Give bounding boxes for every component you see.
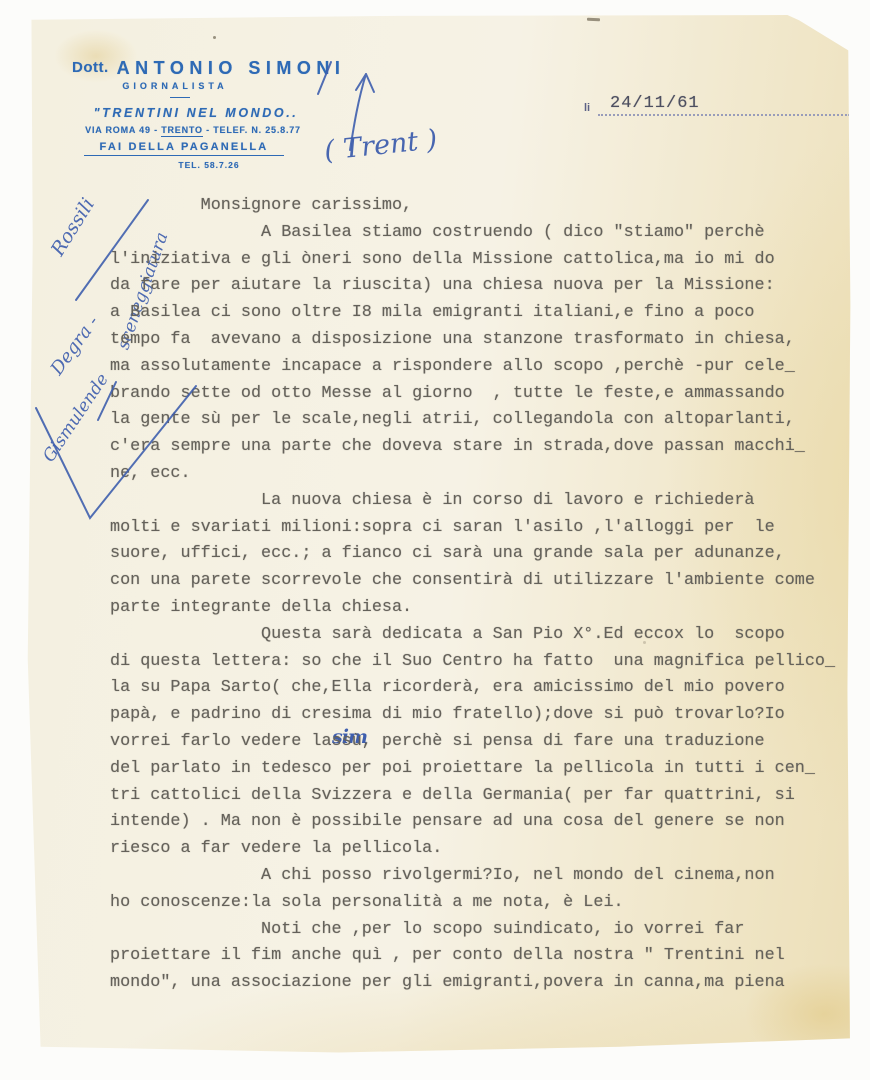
typed-line: di questa lettera: so che il Suo Centro … [110, 649, 850, 676]
letterhead-address: VIA ROMA 49 - TRENTO - TELEF. N. 25.8.77 [68, 125, 318, 135]
paper-speck [213, 36, 216, 39]
letter-page: Dott.ANTONIO SIMONI GIORNALISTA "TRENTIN… [24, 14, 852, 1054]
typed-line: vorrei farlo vedere lassù, perchè si pen… [110, 729, 850, 756]
letterhead-name-line: Dott.ANTONIO SIMONI [72, 58, 345, 79]
margin-note: Rossili [32, 170, 114, 283]
typed-line: c'era sempre una parte che doveva stare … [110, 434, 850, 461]
typed-line: con una parete scorrevole che consentirà… [110, 568, 850, 595]
typed-line: brando sette od otto Messe al giorno , t… [110, 381, 850, 408]
letterhead-organization: "TRENTINI NEL MONDO.. [76, 106, 316, 120]
typed-line: Questa sarà dedicata a San Pio X°.Ed ecc… [110, 622, 850, 649]
typed-line: Noti che ,per lo scopo suindicato, io vo… [110, 917, 850, 944]
typed-line: la gente sù per le scale,negli atrii, co… [110, 407, 850, 434]
typed-line: a Basilea ci sono oltre I8 mila emigrant… [110, 300, 850, 327]
handwritten-place-note: ( Trent ) [323, 124, 439, 167]
typed-line: papà, e padrino di cresima di mio fratel… [110, 702, 850, 729]
typed-line: la su Papa Sarto( che,Ella ricorderà, er… [110, 675, 850, 702]
letterhead-locality-phone: TEL. 58.7.26 [144, 160, 274, 170]
typed-line: intende) . Ma non è possibile pensare ad… [110, 809, 850, 836]
typed-line: molti e svariati milioni:sopra ci saran … [110, 515, 850, 542]
date-label: li [584, 102, 590, 114]
typed-line: parte integrante della chiesa. [110, 595, 850, 622]
typed-line: proiettare il fim anche quì , per conto … [110, 943, 850, 970]
typed-line: ne, ecc. [110, 461, 850, 488]
letterhead-rule [170, 97, 190, 98]
typed-line: La nuova chiesa è in corso di lavoro e r… [110, 488, 850, 515]
letterhead-profession: GIORNALISTA [80, 81, 270, 91]
paper-speck [643, 641, 646, 644]
letterhead-name: ANTONIO SIMONI [117, 58, 346, 78]
address-city: TRENTO [161, 125, 203, 137]
typed-line: A Basilea stiamo costruendo ( dico "stia… [110, 220, 850, 247]
address-street: VIA ROMA 49 - [85, 125, 161, 135]
scanned-letter-view: Dott.ANTONIO SIMONI GIORNALISTA "TRENTIN… [0, 0, 870, 1080]
typed-line: del parlato in tedesco per poi proiettar… [110, 756, 850, 783]
typed-line: tri cattolici della Svizzera e della Ger… [110, 783, 850, 810]
letter-body: Monsignore carissimo, A Basilea stiamo c… [110, 193, 850, 997]
typed-line: da fare per aiutare la riuscita) una chi… [110, 273, 850, 300]
typed-line: ho conoscenze:la sola personalità a me n… [110, 890, 850, 917]
letterhead-title-prefix: Dott. [72, 59, 109, 76]
typed-line: l'iniziativa e gli òneri sono della Miss… [110, 247, 850, 274]
typed-line: riesco a far vedere la pellicola. [110, 836, 850, 863]
letterhead-locality: FAI DELLA PAGANELLA [84, 141, 284, 156]
address-phone: - TELEF. N. 25.8.77 [203, 125, 301, 135]
typed-line: ma assolutamente incapace a rispondere a… [110, 354, 850, 381]
typed-line: A chi posso rivolgermi?Io, nel mondo del… [110, 863, 850, 890]
typed-line: Monsignore carissimo, [110, 193, 850, 220]
date-value: 24/11/61 [610, 94, 700, 113]
typed-line: mondo", una associazione per gli emigran… [110, 970, 850, 997]
typed-line: tempo fa avevano a disposizione una stan… [110, 327, 850, 354]
typed-line: suore, uffici, ecc.; a fianco ci sarà un… [110, 541, 850, 568]
